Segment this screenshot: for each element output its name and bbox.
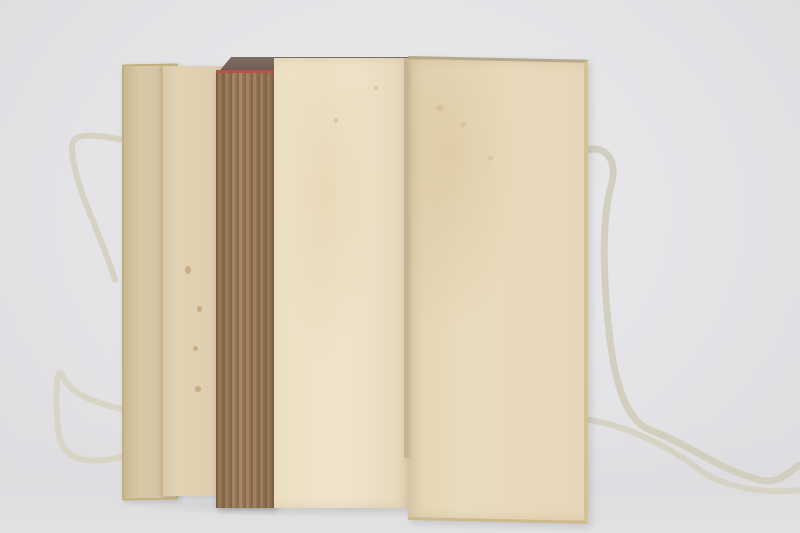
foxing-spot: [460, 122, 466, 127]
foxing-spot: [195, 386, 201, 392]
foxing-spot: [185, 266, 191, 274]
foxing-spot: [197, 306, 202, 312]
right-page-pastedown: [408, 56, 588, 524]
foxing-spot: [334, 118, 338, 123]
book-gutter: [404, 58, 412, 458]
left-page: [274, 58, 410, 508]
foxing-spot: [374, 86, 378, 90]
red-sprinkled-edge: [216, 70, 276, 73]
foxing-spot: [436, 105, 444, 111]
foxing-spot: [488, 156, 493, 161]
photo-scene: [0, 0, 800, 533]
text-block-fore-edge: [216, 72, 276, 508]
foxing-spot: [193, 346, 198, 351]
